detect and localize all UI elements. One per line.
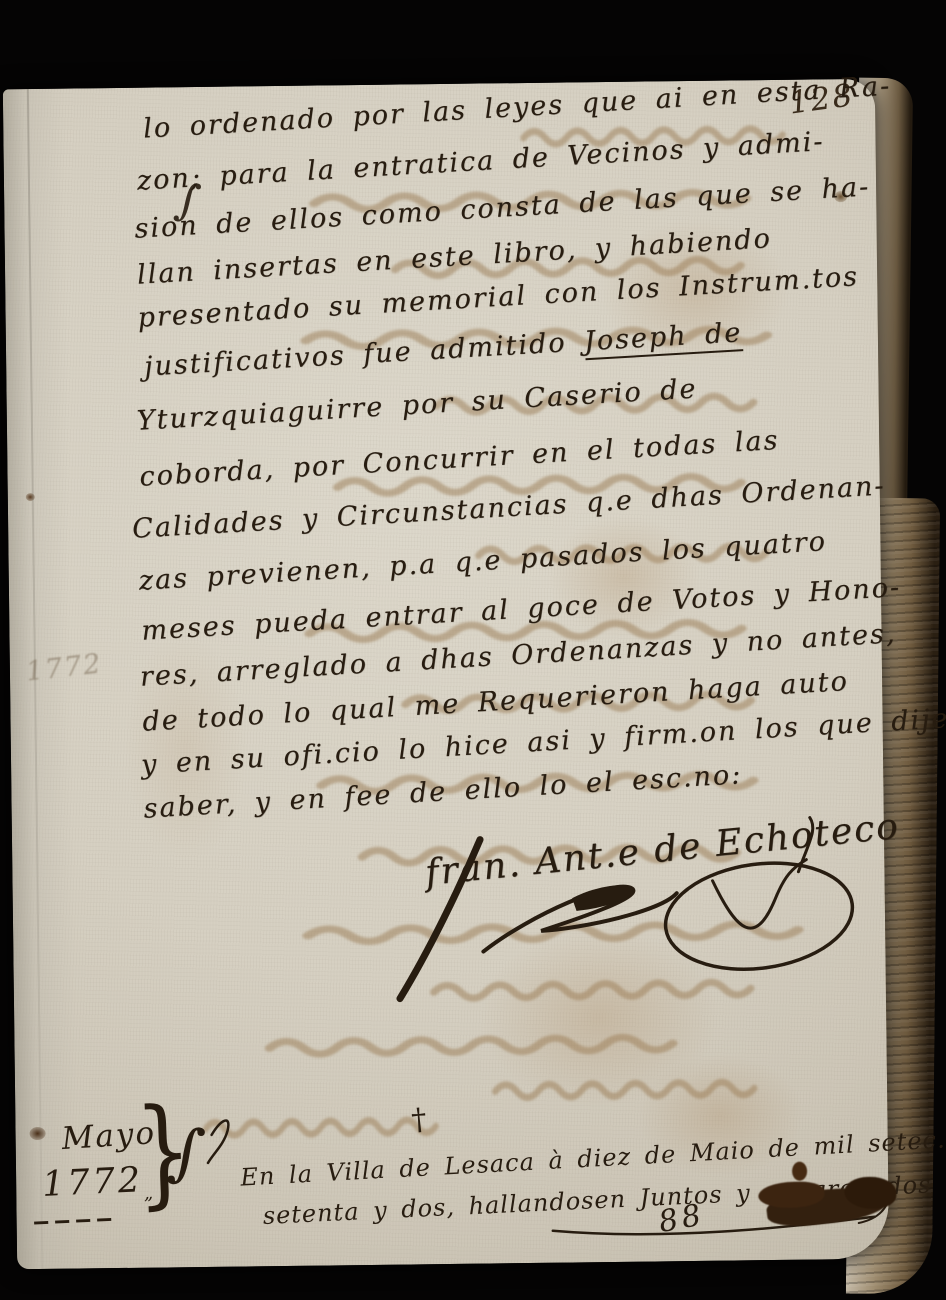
- manuscript-page: 128 lo ordenado por las leyes que ai en …: [3, 79, 889, 1270]
- rubric-flourish-icon: [3, 79, 889, 1270]
- photo-backdrop: 128 lo ordenado por las leyes que ai en …: [0, 0, 946, 1300]
- ink-blot: [758, 1170, 909, 1242]
